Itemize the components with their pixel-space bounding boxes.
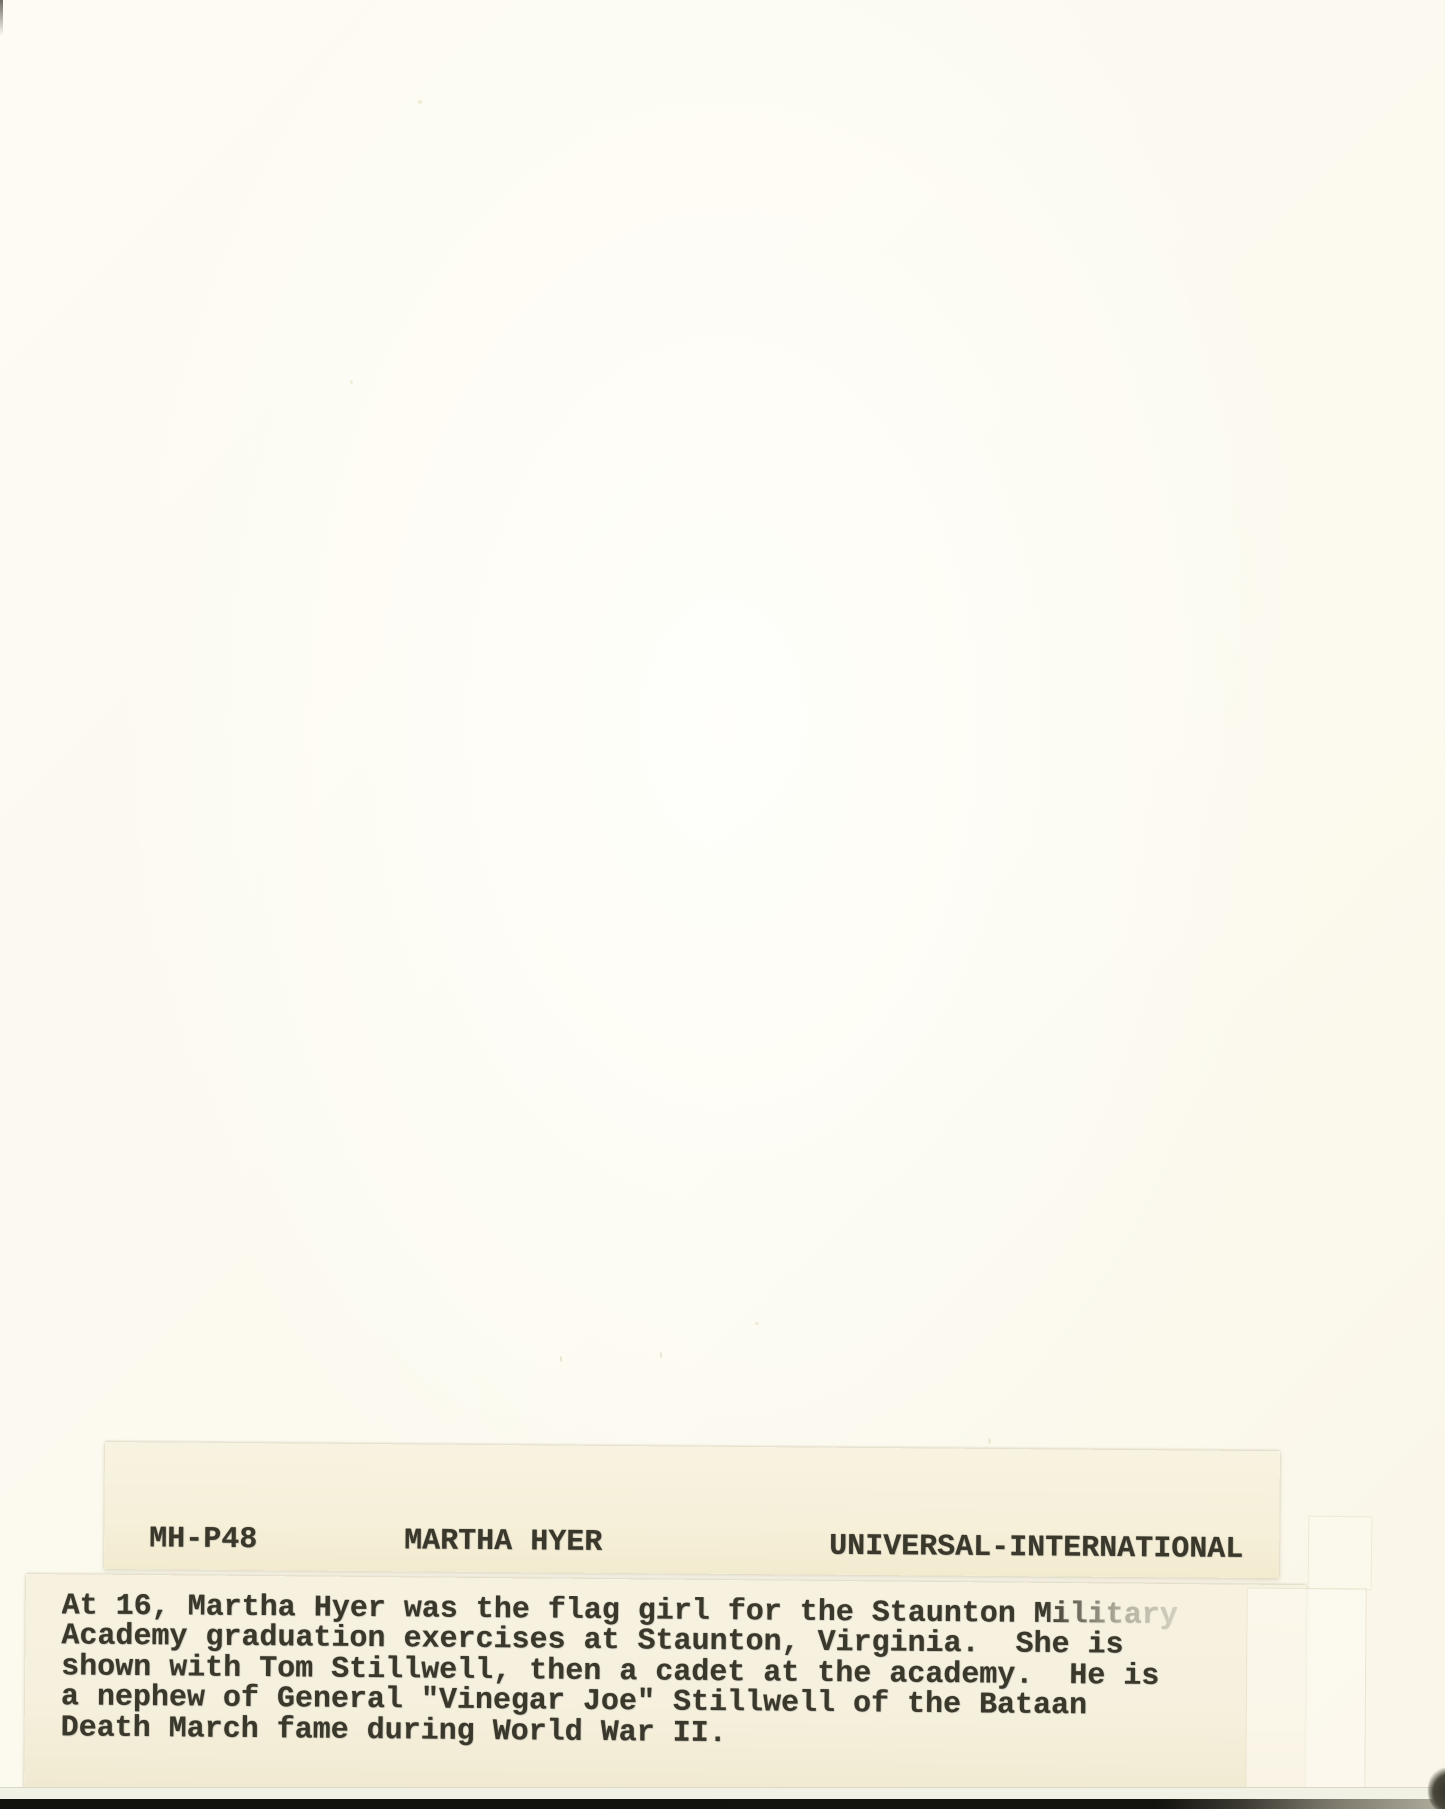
scan-edge-dark-band bbox=[0, 1799, 1445, 1809]
caption-strip: At 16, Martha Hyer was the flag girl for… bbox=[24, 1574, 1306, 1799]
studio-name: UNIVERSAL-INTERNATIONAL bbox=[829, 1532, 1243, 1565]
subject-name: MARTHA HYER bbox=[404, 1526, 602, 1558]
paper-speck bbox=[418, 100, 422, 104]
paper-speck bbox=[560, 1356, 562, 1362]
tape-piece bbox=[1308, 1516, 1373, 1591]
caption-line: Death March fame during World War II. bbox=[61, 1713, 727, 1749]
paper-speck bbox=[988, 1438, 991, 1444]
paper-speck bbox=[350, 380, 353, 384]
corner-blob-mark bbox=[1428, 1768, 1445, 1809]
scan-corner-mark bbox=[0, 0, 3, 36]
paper-speck bbox=[660, 1352, 662, 1358]
photo-verso-scan: MH-P48 MARTHA HYER UNIVERSAL-INTERNATION… bbox=[0, 0, 1445, 1809]
tape-piece bbox=[1245, 1588, 1366, 1791]
photo-id: MH-P48 bbox=[149, 1524, 257, 1555]
header-strip: MH-P48 MARTHA HYER UNIVERSAL-INTERNATION… bbox=[104, 1442, 1280, 1578]
paper-speck bbox=[755, 1322, 759, 1325]
